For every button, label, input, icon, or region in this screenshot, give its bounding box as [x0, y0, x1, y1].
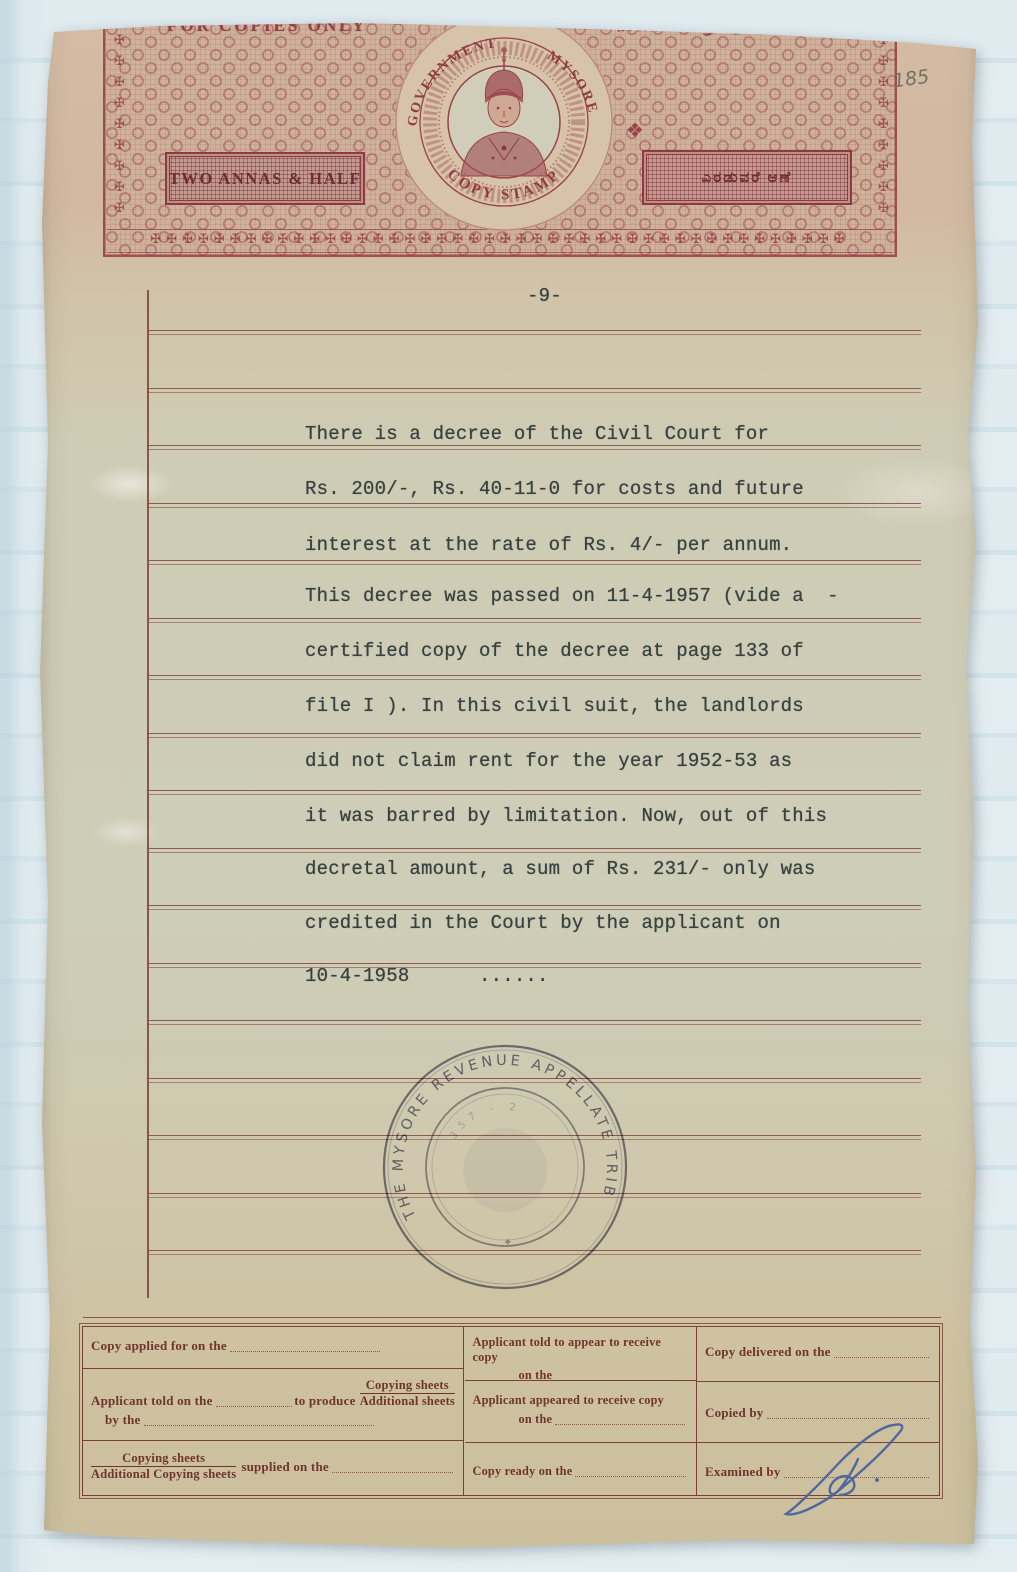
- typed-line: 10-4-1958 ......: [305, 965, 549, 987]
- cell-label: Applicant appeared to receive copy: [473, 1393, 688, 1408]
- fraction-numerator: Copying sheets: [360, 1378, 455, 1394]
- fill-in-blank: [230, 1337, 380, 1352]
- table-cell: Applicant appeared to receive copy on th…: [465, 1381, 696, 1443]
- stamp-left-ornament-strip: ✠✠✠✠✠✠✠✠✠: [106, 26, 130, 228]
- cell-label: by the: [105, 1412, 141, 1428]
- fraction-denominator: Additional Copying sheets: [91, 1467, 236, 1482]
- denomination-panel-english: TWO ANNAS & HALF: [165, 152, 365, 205]
- ruled-line: [148, 445, 921, 450]
- ruled-line: [148, 560, 921, 565]
- table-cell: Copying sheets Additional Copying sheets…: [83, 1441, 463, 1494]
- paper-sheet: FOR COPIES ONLY ನಕಲುಗಳಿಗೆ ಮಾತ್ರ ✠✠✠✠✠✠✠✠…: [38, 22, 983, 1552]
- cell-label: Copy delivered on the: [705, 1344, 831, 1360]
- fleur-ornament-icon: ❖: [626, 118, 644, 142]
- table-cell: Applicant told on the to produce Copying…: [83, 1369, 463, 1441]
- typed-line: There is a decree of the Civil Court for: [305, 423, 769, 445]
- stamp-paper-document: FOR COPIES ONLY ನಕಲುಗಳಿಗೆ ಮಾತ್ರ ✠✠✠✠✠✠✠✠…: [38, 22, 983, 1552]
- ruled-line: [148, 503, 921, 508]
- cell-label: to produce: [294, 1393, 355, 1409]
- ruled-line: [148, 848, 921, 853]
- cell-label: Applicant told on the: [91, 1393, 213, 1409]
- typed-line: certified copy of the decree at page 133…: [305, 640, 804, 662]
- fraction-denominator: Additional sheets: [360, 1394, 455, 1409]
- handwritten-corner-number: 185: [892, 66, 931, 93]
- cell-label: Copy applied for on the: [91, 1338, 227, 1354]
- cell-label: Copy ready on the: [473, 1464, 573, 1479]
- fill-in-blank: [144, 1411, 374, 1426]
- tribunal-seal: THE MYSORE REVENUE APPELLATE TRIBUNAL 35…: [370, 1032, 640, 1302]
- typed-line: credited in the Court by the applicant o…: [305, 912, 781, 934]
- typed-line: it was barred by limitation. Now, out of…: [305, 805, 827, 827]
- footer-separator-rule: [83, 1317, 941, 1318]
- cell-label: supplied on the: [241, 1459, 329, 1475]
- typed-line: This decree was passed on 11-4-1957 (vid…: [305, 585, 839, 607]
- table-cell: Applicant told to appear to receive copy…: [465, 1327, 696, 1381]
- table-cell: Copy delivered on the: [697, 1327, 939, 1382]
- stamp-top-right-caption-kannada: ನಕಲುಗಳಿಗೆ ಮಾತ್ರ: [617, 18, 712, 36]
- ruled-line: [148, 618, 921, 623]
- denomination-panel-kannada: ಎರಡುವರೆ ಆಣೆ: [642, 150, 852, 205]
- ruled-line: [148, 330, 921, 335]
- stamp-medallion: GOVERNMENT MYSORE COPY STAMP: [389, 7, 619, 237]
- ruled-line: [148, 733, 921, 738]
- typed-line: interest at the rate of Rs. 4/- per annu…: [305, 534, 792, 556]
- typed-line: decretal amount, a sum of Rs. 231/- only…: [305, 858, 815, 880]
- ruled-line: [148, 790, 921, 795]
- fill-in-blank: [555, 1411, 685, 1425]
- cell-label: Applicant told to appear to receive copy: [473, 1335, 688, 1365]
- ruled-line: [148, 1020, 921, 1025]
- photo-backdrop: FOR COPIES ONLY ನಕಲುಗಳಿಗೆ ಮಾತ್ರ ✠✠✠✠✠✠✠✠…: [0, 0, 1017, 1572]
- stamp-top-left-caption: FOR COPIES ONLY: [167, 16, 367, 36]
- fill-in-blank: [575, 1463, 685, 1477]
- sheets-fraction: Copying sheets Additional sheets: [360, 1378, 455, 1409]
- seal-bottom-ornament-icon: ✦: [503, 1236, 513, 1250]
- ruled-line: [148, 905, 921, 910]
- ruled-line: [148, 675, 921, 680]
- sheets-fraction: Copying sheets Additional Copying sheets: [91, 1451, 236, 1482]
- fill-in-blank: [332, 1458, 453, 1473]
- cell-label: on the: [519, 1412, 553, 1427]
- fill-in-blank: [555, 1367, 675, 1381]
- table-middle-column: Applicant told to appear to receive copy…: [465, 1327, 697, 1495]
- page-number: -9-: [527, 285, 562, 307]
- fill-in-blank: [216, 1392, 293, 1407]
- fill-in-blank: [834, 1343, 929, 1358]
- typed-line: did not claim rent for the year 1952-53 …: [305, 750, 792, 772]
- table-left-column: Copy applied for on the Applicant told o…: [83, 1327, 464, 1495]
- typed-line: file I ). In this civil suit, the landlo…: [305, 695, 804, 717]
- ruled-line: [148, 388, 921, 393]
- table-cell: Copy applied for on the: [83, 1327, 463, 1369]
- fraction-numerator: Copying sheets: [91, 1451, 236, 1467]
- table-cell: Copy ready on the: [465, 1443, 696, 1494]
- stamp-right-ornament-strip: ✠✠✠✠✠✠✠✠✠: [870, 26, 894, 228]
- examiner-signature: [740, 1395, 940, 1550]
- typed-line: Rs. 200/-, Rs. 40-11-0 for costs and fut…: [305, 478, 804, 500]
